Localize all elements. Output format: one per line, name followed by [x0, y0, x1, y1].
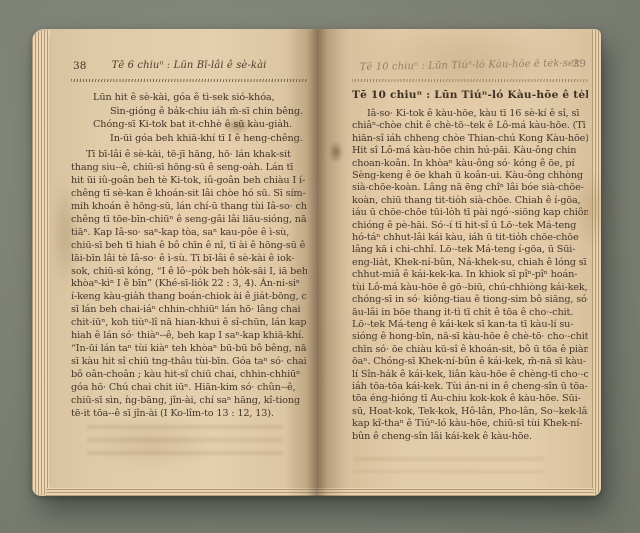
body-text-line: bûn ê cheng-sîn lâi kái-kek ê kàu-hōe.: [352, 431, 588, 443]
body-text-line: Hit sî Lô-má kàu-hōe chin hú-pāi. Kàu-ôn…: [352, 145, 588, 157]
body-text-line: chiū-sī beh tī hiah ê bô chīn ê nî, tī à…: [71, 240, 307, 253]
body-text-line: sióng ê hong-bīn, nā-sī kàu-hōe ê chè-tō…: [352, 331, 588, 343]
body-text-line: ōaⁿ. Chóng-sī Khek-ní-bûn ê kái-kek, m̄-…: [352, 356, 588, 368]
body-text-line: iáh tōa-tōa kái-kek. Tùi án-ni in ê chen…: [352, 381, 588, 393]
verse-line: Sìn-gióng ê ba̍k-chiu iáh m̄-sī chin bên…: [110, 105, 307, 119]
left-paragraph: Tī bī-lâi ê sè-kài, tē-jī hāng, hō· lán …: [71, 149, 307, 420]
right-page-content: Tē 10 chiuⁿ : Lūn Tiúⁿ-ló Kàu-hōe ê te̍k…: [352, 59, 588, 479]
body-text-line: sū, Hoat-kok, Tek-kok, Hô-lân, Pho-lân, …: [352, 406, 588, 418]
body-text-line: chóng-sī in só· kiông-tiau ê tiong-sim b…: [352, 294, 588, 306]
body-text-line: khòaⁿ-kìⁿ I ê bīn” (Khé-sī-lio̍k 22 : 3,…: [71, 278, 307, 291]
left-page-content: 38 Tē 6 chiuⁿ : Lūn Bī-lâi ê sè-kài Lūn …: [71, 59, 307, 469]
body-text-line: hiah ê lán só· thiàⁿ--ê, beh kap I saⁿ-k…: [71, 330, 307, 343]
right-header-rule: [352, 79, 588, 82]
body-text-line: sok, chiū-sī kóng, “I ê lô·-po̍k beh ho̍…: [71, 266, 307, 279]
body-text-line: hit ūi iû-goân beh tè Ki-tok, iû-goân be…: [71, 175, 307, 188]
body-text-line: tiāⁿ. Kap Iâ-so· saⁿ-kap tòa, saⁿ kau-pô…: [71, 227, 307, 240]
hymn-verse: Lūn hit ê sè-kài, góa ê tì-sek sió-khóa,…: [71, 91, 307, 145]
page-edges-bottom: [46, 488, 594, 496]
right-paragraph: Iâ-so· Ki-tok ê kàu-hōe, kàu tī 16 sè-kí…: [352, 108, 588, 443]
body-text-line: āu-lâi in bōe thang it-tì tī chi̍t ê tōa…: [352, 307, 588, 319]
body-text-line: chhut-miâ ê kái-kek-ka. In khiok sī pîⁿ-…: [352, 269, 588, 281]
body-text-line: sià-chōe-koàn. Lâng nā ēng chîⁿ lâi bóe …: [352, 182, 588, 194]
body-text-line: thang siu--ê, chiū-sī hōng-sū ê seng-oa̍…: [71, 162, 307, 175]
verse-line: Chóng-sī Ki-tok bat it-chhè ê sū kàu-gia…: [93, 118, 307, 132]
body-text-line: chiâⁿ-chòe chi̍t ê chè-tō·-tek ê Lô-má k…: [352, 120, 588, 132]
body-text-line: tē-it tōa--ê sī jîn-ài (I Ko-lîm-to 13 :…: [71, 408, 307, 421]
body-text-line: Iâ-so· Ki-tok ê kàu-hōe, kàu tī 16 sè-kí…: [352, 108, 588, 120]
page-edges-left: [32, 30, 50, 495]
body-text-line: lāi-bīn lâi tè Iâ-so· ê ì-sù. Tī bī-lâi …: [71, 253, 307, 266]
right-running-head-title: Tē 10 chiuⁿ : Lūn Tiúⁿ-ló Kàu-hōe ê te̍k…: [360, 59, 581, 73]
body-text-line: chīn só· ōe chiàu kū-sî ê khoán-sit, bô …: [352, 344, 588, 356]
body-text-line: Sèng-keng ê ōe khah ū koân-ui. Kàu-ông c…: [352, 170, 588, 182]
body-text-line: chêng tī tōe-bīn-chiūⁿ ê seng-gâi lâi li…: [71, 214, 307, 227]
body-text-line: góa hō· Chú chai chit iūⁿ. Hiān-kim só· …: [71, 382, 307, 395]
body-text-line: iáu ū chōe-chōe tūi-lo̍h tī pài ngó·-siō…: [352, 207, 588, 219]
body-text-line: hó-táⁿ chhut-lâi kái kàu, iáh ū tit-tio̍…: [352, 232, 588, 244]
body-text-line: koàn, chiū thang tit-tio̍h sià-chōe. Chi…: [352, 195, 588, 207]
right-page: Tē 10 chiuⁿ : Lūn Tiúⁿ-ló Kàu-hōe ê te̍k…: [317, 29, 592, 488]
body-text-line: sī lán beh chai-iáⁿ chhin-chhiūⁿ lán hō·…: [71, 304, 307, 317]
chapter-heading: Tē 10 chiuⁿ : Lūn Tiúⁿ-ló Kàu-hōe ê te̍k…: [352, 89, 588, 103]
left-running-head: 38 Tē 6 chiuⁿ : Lūn Bī-lâi ê sè-kài: [71, 59, 307, 74]
body-text-line: kap kî-thaⁿ ê Tiúⁿ-ló kàu-hōe, chiū-sī t…: [352, 418, 588, 430]
right-page-number: 39: [572, 59, 586, 71]
body-text-line: bô oân-choân ; kàu hit-sî chiū chai, chh…: [71, 369, 307, 382]
right-running-head: Tē 10 chiuⁿ : Lūn Tiúⁿ-ló Kàu-hōe ê te̍k…: [352, 59, 588, 76]
body-text-line: choan-koân. In khòaⁿ kàu-ông só· kóng ê …: [352, 158, 588, 170]
body-text-line: chiū-sī sìn, ǹg-bāng, jîn-ài, chí saⁿ hā…: [71, 395, 307, 408]
body-text-line: eng-lia̍t, Khek-ní-bûn, Ná-khek-su, chia…: [352, 257, 588, 269]
body-text-line: Tī bī-lâi ê sè-kài, tē-jī hāng, hō· lán …: [71, 149, 307, 162]
body-text-line: mih khoán ê hōng-sū, lán chí-ū thang tùi…: [71, 201, 307, 214]
left-page: 38 Tē 6 chiuⁿ : Lūn Bī-lâi ê sè-kài Lūn …: [49, 29, 317, 488]
body-text-line: í-keng kàu-gia̍h thang boán-chiok ài ê j…: [71, 291, 307, 304]
body-text-line: hiān-sî iáh chheng chòe Thian-chú Kong K…: [352, 133, 588, 145]
left-running-head-title: Tē 6 chiuⁿ : Lūn Bī-lâi ê sè-kài: [112, 60, 267, 71]
body-text-line: lâng kā i chi-chhî. Lō·-tek Má-teng í-gō…: [352, 244, 588, 256]
body-text-line: Lō·-tek Má-teng ê kái-kek sī kan-ta tī k…: [352, 319, 588, 331]
body-text-line: lí Sîn-ha̍k ê kái-kek, liân kàu-hōe ê ch…: [352, 369, 588, 381]
body-text-line: chióng ê pè-hāi. Só·-í tī hit-sî ū Lō·-t…: [352, 220, 588, 232]
body-text-line: tōa éng-hióng tī Au-chiu kok-kok ê kàu-h…: [352, 393, 588, 405]
verse-line: In-ūi góa beh khiā-khí tī I ê heng-chêng…: [110, 132, 307, 146]
body-text-line: tùi Lô-má kàu-hōe ê gō·-biū, chú-chhiòng…: [352, 282, 588, 294]
body-text-line: “In-ūi lán taⁿ tùi kiàⁿ teh khòaⁿ bū-bū …: [71, 343, 307, 356]
left-page-number: 38: [73, 59, 87, 73]
body-text-line: sī kàu hit sî chiū tng-thâu tùi-bīn. Góa…: [71, 356, 307, 369]
left-header-rule: [71, 79, 307, 82]
verse-line: Lūn hit ê sè-kài, góa ê tì-sek sió-khóa,: [93, 91, 307, 105]
open-book: 38 Tē 6 chiuⁿ : Lūn Bī-lâi ê sè-kài Lūn …: [32, 29, 601, 496]
body-text-line: chit-iūⁿ, koh tiùⁿ-lî nā hian-khui ê sî-…: [71, 317, 307, 330]
body-text-line: chêng tī sè-kan ê khoán-sit lâi chòe hó …: [71, 188, 307, 201]
page-edges-right: [592, 30, 601, 495]
photo-background: 38 Tē 6 chiuⁿ : Lūn Bī-lâi ê sè-kài Lūn …: [0, 0, 640, 533]
